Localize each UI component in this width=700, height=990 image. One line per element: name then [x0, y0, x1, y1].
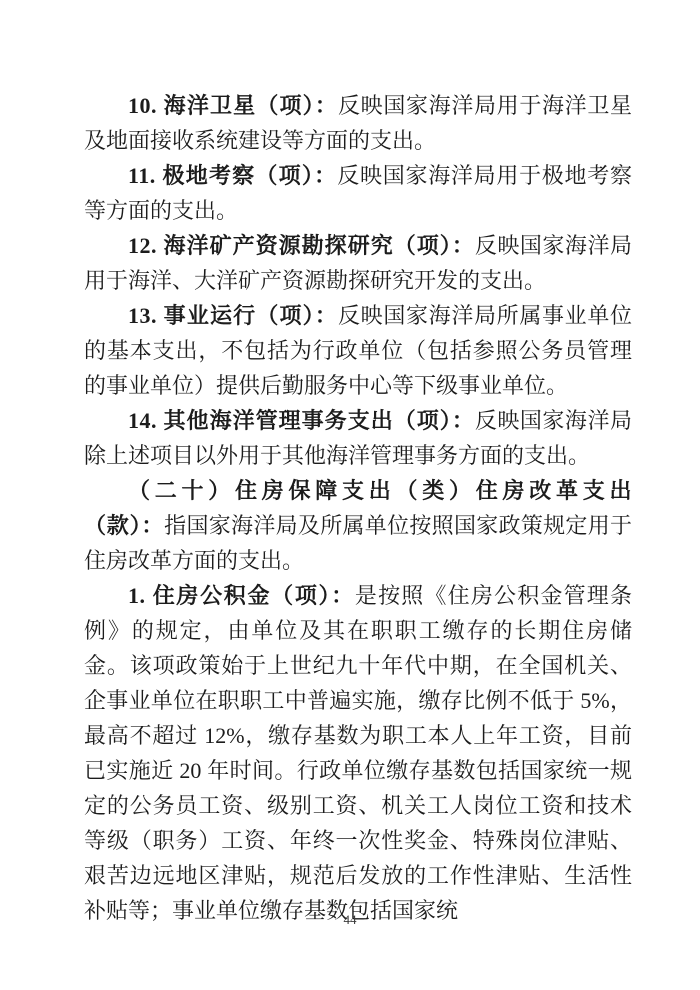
paragraph-heading: 13. 事业运行（项）： [128, 303, 338, 328]
paragraph-item-1-housing-fund: 1. 住房公积金（项）：是按照《住房公积金管理条例》的规定，由单位及其在职职工缴… [84, 578, 632, 928]
document-text: 10. 海洋卫星（项）：反映国家海洋局用于海洋卫星及地面接收系统建设等方面的支出… [84, 88, 632, 928]
paragraph-heading: 10. 海洋卫星（项）： [128, 93, 338, 118]
paragraph-body: 是按照《住房公积金管理条例》的规定，由单位及其在职职工缴存的长期住房储金。该项政… [84, 583, 632, 923]
paragraph-item-10-marine-satellite: 10. 海洋卫星（项）：反映国家海洋局用于海洋卫星及地面接收系统建设等方面的支出… [84, 88, 632, 158]
paragraph-heading: 12. 海洋矿产资源勘探研究（项）： [128, 233, 475, 258]
paragraph-heading: 1. 住房公积金（项）： [128, 583, 355, 608]
paragraph-item-13-institution-operation: 13. 事业运行（项）：反映国家海洋局所属事业单位的基本支出，不包括为行政单位（… [84, 298, 632, 403]
paragraph-section-20-housing-security: （二十）住房保障支出（类）住房改革支出（款）：指国家海洋局及所属单位按照国家政策… [84, 473, 632, 578]
paragraph-body: 指国家海洋局及所属单位按照国家政策规定用于住房改革方面的支出。 [84, 513, 632, 573]
paragraph-heading: 11. 极地考察（项）： [128, 163, 337, 188]
paragraph-item-12-mineral-resources-research: 12. 海洋矿产资源勘探研究（项）：反映国家海洋局用于海洋、大洋矿产资源勘探研究… [84, 228, 632, 298]
paragraph-item-11-polar-expedition: 11. 极地考察（项）：反映国家海洋局用于极地考察等方面的支出。 [84, 158, 632, 228]
page-number: 44 [0, 912, 700, 928]
paragraph-item-14-other-marine-affairs: 14. 其他海洋管理事务支出（项）：反映国家海洋局除上述项目以外用于其他海洋管理… [84, 403, 632, 473]
document-page: 10. 海洋卫星（项）：反映国家海洋局用于海洋卫星及地面接收系统建设等方面的支出… [0, 0, 700, 990]
paragraph-heading: 14. 其他海洋管理事务支出（项）： [128, 408, 475, 433]
